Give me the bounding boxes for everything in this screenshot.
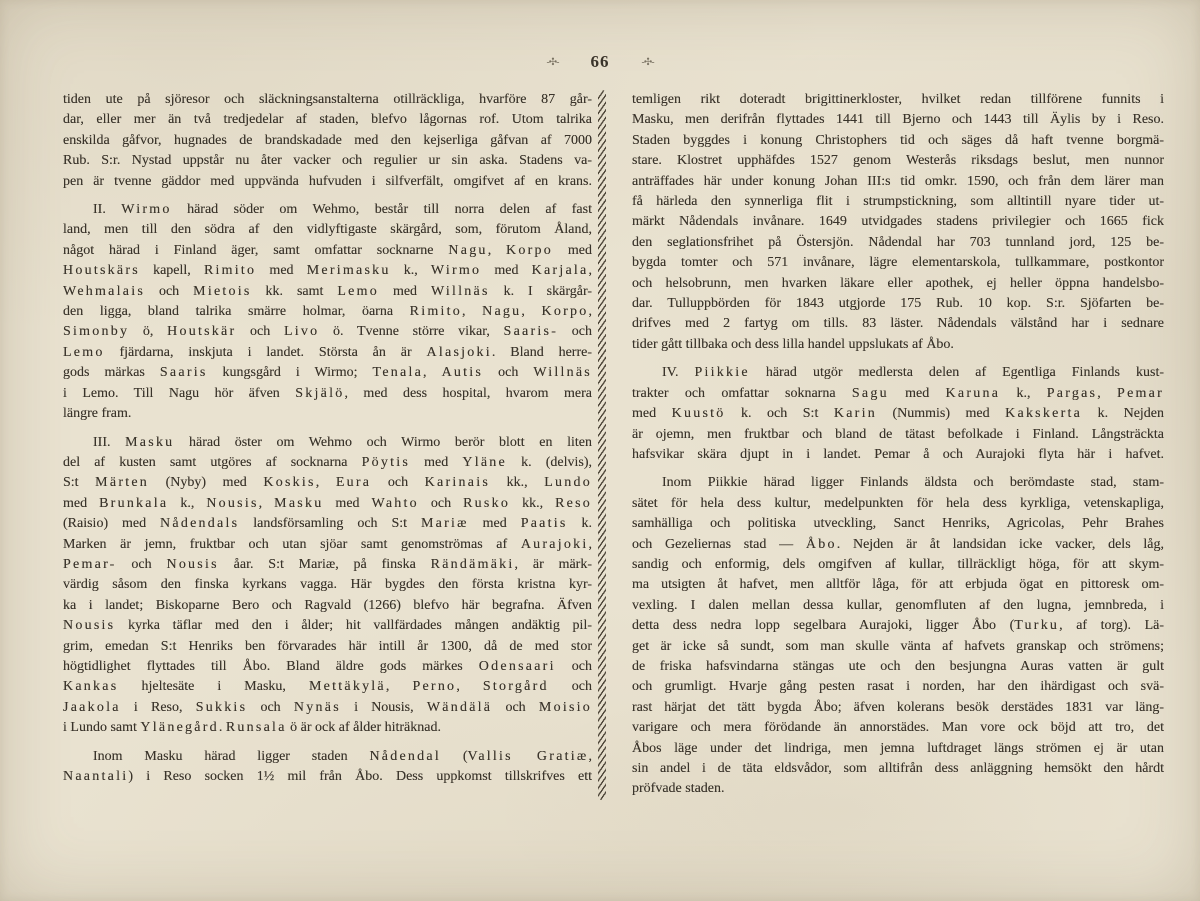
text-segment: del af kusten samt utgöres af socknarna <box>63 455 362 470</box>
text-segment: kk., <box>490 475 544 490</box>
text-segment: med <box>379 284 431 299</box>
text-segment: värdig såsom den finska kyrkans vagga. H… <box>63 577 592 592</box>
text-segment: , <box>588 749 592 764</box>
text-segment: med <box>889 386 946 401</box>
text-segment: k. I skärgår- <box>490 284 592 299</box>
place-name: Nagu <box>448 243 487 258</box>
place-name: Wahto <box>372 496 419 511</box>
text-segment: den seglationsfrihet på Östersjön. Nåden… <box>632 235 1164 250</box>
place-name: Masku <box>125 435 174 450</box>
text-segment: kungsgård i Wirmo; <box>208 365 373 380</box>
text-segment: ( <box>441 749 468 764</box>
text-segment: , <box>521 304 541 319</box>
place-name: Åbo <box>806 537 837 552</box>
place-name: Simonby <box>63 324 129 339</box>
place-name: Karuna <box>946 386 1001 401</box>
text-segment: k. (delvis), <box>507 455 592 470</box>
text-segment: kk., <box>510 496 555 511</box>
place-name: Jaakola <box>63 700 121 715</box>
book-page: -✣-66-✣- tiden ute på sjöresor och släck… <box>0 0 1200 901</box>
place-name: Karjala <box>532 263 589 278</box>
text-line: III. Masku härad öster om Wehmo och Wirm… <box>63 433 592 453</box>
text-segment: och Gezeliernas stad — <box>632 537 806 552</box>
place-name: Alasjoki <box>427 345 492 360</box>
place-name: Pöytis <box>362 455 410 470</box>
text-line: temligen rikt doteradt brigittinerkloste… <box>632 90 1164 110</box>
text-segment: Inom Piikkie härad ligger Finlands äldst… <box>662 475 1164 490</box>
text-segment: gods märkas <box>63 365 160 380</box>
text-segment: och <box>236 324 284 339</box>
text-segment: k., <box>1000 386 1047 401</box>
page-header: -✣-66-✣- <box>0 52 1200 72</box>
text-line: varigare och mera förödande än annorstäd… <box>632 718 1164 738</box>
text-segment: med <box>323 496 371 511</box>
place-name: Vallis Gratiæ <box>468 749 589 764</box>
text-segment: ö är ock af ålder hiträknad. <box>287 720 441 735</box>
text-line: gods märkas Saaris kungsgård i Wirmo; Te… <box>63 363 592 383</box>
text-segment: k., <box>168 496 206 511</box>
text-line: och helsobrunn, men hvarken läkare eller… <box>632 274 1164 294</box>
place-name: Kuustö <box>672 406 726 421</box>
place-name: Nynäs <box>294 700 341 715</box>
text-segment: enskilda gåfvor, hugnades de brandskadad… <box>63 133 592 148</box>
place-name: Merimasku <box>307 263 391 278</box>
text-segment: , <box>589 304 593 319</box>
text-segment: rast härjat det tätt bygda Åbo; äfven ko… <box>632 700 1164 715</box>
text-segment: ka i landet; Biskoparne Bero och Ragvald… <box>63 598 592 613</box>
text-line: Masku, men derifrån flyttades 1441 till … <box>632 110 1164 130</box>
text-segment: i Lundo samt <box>63 720 140 735</box>
place-name: Wändälä <box>427 700 492 715</box>
place-name: Tenala <box>373 365 424 380</box>
text-segment: tider gått tillbaka och dess lilla hande… <box>632 337 954 352</box>
place-name: Karinais <box>425 475 490 490</box>
text-line: sandig och enformig, dels omgifven af ku… <box>632 555 1164 575</box>
text-segment: sin andel i de täta eldsvådor, som allti… <box>632 761 1164 776</box>
text-segment: med <box>469 516 521 531</box>
text-segment: . Bland herre- <box>492 345 592 360</box>
text-segment: detta dess nedra lopp segelbara Aurajoki… <box>632 618 1014 633</box>
text-line: Rub. S:r. Nystad uppstår nu åter vacker … <box>63 151 592 171</box>
place-name: Masku <box>274 496 323 511</box>
place-name: Nousis <box>206 496 258 511</box>
text-line: den seglationsfrihet på Östersjön. Nåden… <box>632 233 1164 253</box>
paragraph: tiden ute på sjöresor och släckningsanst… <box>63 90 592 192</box>
place-name: Lemo <box>337 284 379 299</box>
text-segment: och <box>371 475 424 490</box>
text-line: del af kusten samt utgöres af socknarna … <box>63 453 592 473</box>
text-segment: k. <box>568 516 592 531</box>
text-segment: och grumligt. Hvarje gång pesten rasat i… <box>632 679 1164 694</box>
text-segment: längre fram. <box>63 406 131 421</box>
place-name: Kankas <box>63 679 118 694</box>
place-name: Nousis <box>63 618 115 633</box>
text-segment: är ojemn, men fruktbar och bland de täta… <box>632 427 1164 442</box>
text-line: samhälliga och politiska utveckling, San… <box>632 514 1164 534</box>
text-line: och grumligt. Hvarje gång pesten rasat i… <box>632 677 1164 697</box>
text-segment: anträffades här under konung Johan III:s… <box>632 174 1164 189</box>
place-name: Autis <box>442 365 484 380</box>
text-segment: varigare och mera förödande än annorstäd… <box>632 720 1164 735</box>
text-segment: kyrka täflar med den i ålder; hit vallfä… <box>115 618 592 633</box>
text-segment: pröfvade staden. <box>632 781 725 796</box>
place-name: Sagu <box>852 386 889 401</box>
text-segment: och <box>247 700 294 715</box>
place-name: Moisio <box>539 700 592 715</box>
text-line: och Gezeliernas stad — Åbo. Nejden är åt… <box>632 535 1164 555</box>
place-name: Rusko <box>463 496 510 511</box>
text-segment: kapell, <box>140 263 204 278</box>
place-name: Houtskärs <box>63 263 140 278</box>
text-line: med Brunkala k., Nousis, Masku med Wahto… <box>63 494 592 514</box>
text-segment: pen är tvenne gäddor med uppvända hufvud… <box>63 174 592 189</box>
text-line: II. Wirmo härad söder om Wehmo, består t… <box>63 200 592 220</box>
place-name: Korpo <box>542 304 589 319</box>
text-line: de friska hafsvindarna stängas ute och d… <box>632 657 1164 677</box>
text-line: längre fram. <box>63 404 592 424</box>
place-name: Aurajoki <box>521 537 589 552</box>
header-ornament-left-icon: -✣- <box>546 57 558 68</box>
text-line: pen är tvenne gäddor med uppvända hufvud… <box>63 172 592 192</box>
text-line: land, men till den södra af den vidlyfti… <box>63 220 592 240</box>
text-segment: hjeltesäte i Masku, <box>118 679 309 694</box>
text-segment: och <box>145 284 193 299</box>
place-name: Storgård <box>483 679 549 694</box>
text-line: tider gått tillbaka och dess lilla hande… <box>632 335 1164 355</box>
text-segment: fjärdarna, inskjuta i landet. Största ån… <box>105 345 427 360</box>
text-line: Naantali) i Reso socken 1½ mil från Åbo.… <box>63 767 592 787</box>
place-name: Lemo <box>63 345 105 360</box>
text-segment: tiden ute på sjöresor och släckningsanst… <box>63 92 592 107</box>
text-segment: med <box>256 263 306 278</box>
text-segment: och <box>492 700 539 715</box>
text-segment: (Nummis) med <box>877 406 1005 421</box>
text-segment: landsförsamling och S:t <box>239 516 421 531</box>
place-name: Nousis <box>166 557 218 572</box>
text-segment: märkt Nådendals invånare. 1649 utvidgade… <box>632 214 1164 229</box>
place-name: Wehmalais <box>63 284 145 299</box>
text-segment: drifves med 2 fartyg om tills. 83 läster… <box>632 316 1164 331</box>
text-line: Simonby ö, Houtskär och Livo ö. Tvenne s… <box>63 322 592 342</box>
paragraph: IV. Piikkie härad utgör medlersta delen … <box>632 363 1164 465</box>
place-name: Nådendals <box>160 516 239 531</box>
text-segment: stare. Klostret upphäfdes 1527 genom Wes… <box>632 153 1164 168</box>
text-line: stare. Klostret upphäfdes 1527 genom Wes… <box>632 151 1164 171</box>
text-line: i Lundo samt Ylänegård. Runsala ö är ock… <box>63 718 592 738</box>
text-line: sätet för hela dess kultur, medelpunkten… <box>632 494 1164 514</box>
text-line: dar. Tulluppbörden för 1843 utgjorde 175… <box>632 294 1164 314</box>
place-name: Yläne <box>462 455 507 470</box>
text-segment: härad öster om Wehmo och Wirmo berör blo… <box>174 435 592 450</box>
text-line: rast härjat det tätt bygda Åbo; äfven ko… <box>632 698 1164 718</box>
text-segment: Staden byggdes i konung Christophers tid… <box>632 133 1164 148</box>
place-name: Lundo <box>544 475 592 490</box>
text-segment: k. Nejden <box>1082 406 1164 421</box>
text-segment: , <box>462 304 482 319</box>
place-name: Turku <box>1014 618 1059 633</box>
place-name: Kakskerta <box>1005 406 1082 421</box>
paragraph: temligen rikt doteradt brigittinerkloste… <box>632 90 1164 355</box>
text-segment: dar, eller mer än två tredjedelar af sta… <box>63 112 592 127</box>
text-segment: , <box>259 496 274 511</box>
text-segment: grim, emedan S:t Henriks ben förvarades … <box>63 639 592 654</box>
text-line: värdig såsom den finska kyrkans vagga. H… <box>63 575 592 595</box>
text-line: (Raisio) med Nådendals landsförsamling o… <box>63 514 592 534</box>
place-name: Saaris <box>160 365 208 380</box>
place-name: Mettäkylä <box>309 679 386 694</box>
place-name: Märten <box>95 475 149 490</box>
text-segment: , <box>423 365 442 380</box>
place-name: Perno <box>412 679 456 694</box>
text-segment: och <box>549 679 592 694</box>
text-segment: Marken är jemn, fruktbar och utan sjöar … <box>63 537 521 552</box>
place-name: Runsala <box>226 720 287 735</box>
place-name: Rändämäki <box>431 557 515 572</box>
place-name: Korpo <box>506 243 553 258</box>
text-segment: och helsobrunn, men hvarken läkare eller… <box>632 276 1164 291</box>
text-line: ka i landet; Biskoparne Bero och Ragvald… <box>63 596 592 616</box>
text-segment: S:t <box>63 475 95 490</box>
text-line: bygda tomter och 571 invånare, lägre ele… <box>632 253 1164 273</box>
place-name: Piikkie <box>694 365 749 380</box>
text-line: hafsvikar skära djupt in i landet. Pemar… <box>632 445 1164 465</box>
text-line: drifves med 2 fartyg om tills. 83 läster… <box>632 314 1164 334</box>
text-segment: Masku, men derifrån flyttades 1441 till … <box>632 112 1164 127</box>
text-line: anträffades här under konung Johan III:s… <box>632 172 1164 192</box>
text-segment: den ligga, bland talrika smärre holmar, … <box>63 304 410 319</box>
text-segment: , <box>589 537 593 552</box>
paragraph: Inom Masku härad ligger staden Nådendal … <box>63 747 592 788</box>
place-name: Pemar- <box>63 557 117 572</box>
text-line: trakter och omfattar soknarna Sagu med K… <box>632 384 1164 404</box>
text-segment: ö, <box>129 324 167 339</box>
text-line: är ojemn, men fruktbar och bland de täta… <box>632 425 1164 445</box>
text-line: get är icke så sundt, som man skulle vän… <box>632 637 1164 657</box>
text-segment: k., <box>391 263 431 278</box>
text-segment: . Nejden är åt landsidan icke vacker, de… <box>837 537 1164 552</box>
place-name: Koskis <box>263 475 315 490</box>
place-name: Pargas <box>1047 386 1098 401</box>
text-segment: get är icke så sundt, som man skulle vän… <box>632 639 1164 654</box>
text-line: vexling. I dalen mellan dessa kullar, ge… <box>632 596 1164 616</box>
place-name: Ylänegård <box>140 720 218 735</box>
text-line: IV. Piikkie härad utgör medlersta delen … <box>632 363 1164 383</box>
text-line: Wehmalais och Mietois kk. samt Lemo med … <box>63 282 592 302</box>
text-segment: (Raisio) med <box>63 516 160 531</box>
text-segment: , <box>386 679 413 694</box>
text-line: få härleda den synnerliga flit i strumps… <box>632 192 1164 212</box>
text-segment: , <box>488 243 506 258</box>
text-line: dar, eller mer än två tredjedelar af sta… <box>63 110 592 130</box>
text-segment: k. och S:t <box>726 406 834 421</box>
text-line: S:t Märten (Nyby) med Koskis, Eura och K… <box>63 473 592 493</box>
text-line: ma utsigten åt hafvet, men alltför låga,… <box>632 575 1164 595</box>
text-segment: i Nousis, <box>341 700 427 715</box>
text-segment: något härad i Finland äger, samt omfatta… <box>63 243 448 258</box>
text-line: tiden ute på sjöresor och släckningsanst… <box>63 90 592 110</box>
text-segment: och <box>558 324 592 339</box>
text-segment: bygda tomter och 571 invånare, lägre ele… <box>632 255 1164 270</box>
text-segment: högtidlighet flyttades till Åbo. Bland ä… <box>63 659 479 674</box>
text-line: Åbos läge under det lindriga, men jemna … <box>632 739 1164 759</box>
place-name: Skjälö <box>295 386 344 401</box>
text-line: Pemar- och Nousis åar. S:t Mariæ, på fin… <box>63 555 592 575</box>
text-segment: , är märk- <box>515 557 592 572</box>
place-name: Brunkala <box>99 496 168 511</box>
text-line: enskilda gåfvor, hugnades de brandskadad… <box>63 131 592 151</box>
text-segment: Åbos läge under det lindriga, men jemna … <box>632 741 1164 756</box>
paragraph: Inom Piikkie härad ligger Finlands äldst… <box>632 473 1164 800</box>
text-line: grim, emedan S:t Henriks ben förvarades … <box>63 637 592 657</box>
text-line: något härad i Finland äger, samt omfatta… <box>63 241 592 261</box>
place-name: Livo <box>284 324 319 339</box>
page-body: tiden ute på sjöresor och släckningsanst… <box>63 90 1164 800</box>
text-segment: temligen rikt doteradt brigittinerkloste… <box>632 92 1164 107</box>
text-segment: (Nyby) med <box>149 475 263 490</box>
place-name: Nådendal <box>369 749 441 764</box>
text-segment: , <box>316 475 336 490</box>
text-segment: med <box>410 455 462 470</box>
place-name: Reso <box>555 496 592 511</box>
text-segment: härad söder om Wehmo, består till norra … <box>172 202 592 217</box>
place-name: Naantali <box>63 769 128 784</box>
header-ornament-right-icon: -✣- <box>642 57 654 68</box>
text-line: Inom Masku härad ligger staden Nådendal … <box>63 747 592 767</box>
text-segment: och <box>556 659 592 674</box>
text-segment: , <box>456 679 483 694</box>
place-name: Rimito <box>410 304 462 319</box>
text-segment: med <box>63 496 99 511</box>
text-segment: med <box>553 243 592 258</box>
text-segment: vexling. I dalen mellan dessa kullar, ge… <box>632 598 1164 613</box>
text-segment: sätet för hela dess kultur, medelpunkten… <box>632 496 1164 511</box>
text-segment: , med dess hospital, hvarom mera <box>344 386 592 401</box>
place-name: Wirmo <box>431 263 481 278</box>
right-column: temligen rikt doteradt brigittinerkloste… <box>632 90 1164 800</box>
text-segment: härad utgör medlersta delen af Egentliga… <box>750 365 1164 380</box>
text-line: den ligga, bland talrika smärre holmar, … <box>63 302 592 322</box>
text-segment: IV. <box>662 365 694 380</box>
text-segment: med <box>481 263 531 278</box>
text-segment: de friska hafsvindarna stängas ute och d… <box>632 659 1164 674</box>
place-name: Rimito <box>204 263 256 278</box>
text-segment: II. <box>93 202 121 217</box>
text-line: märkt Nådendals invånare. 1649 utvidgade… <box>632 212 1164 232</box>
text-segment: , <box>1097 386 1117 401</box>
place-name: Sukkis <box>196 700 248 715</box>
text-segment: Rub. S:r. Nystad uppstår nu åter vacker … <box>63 153 592 168</box>
page-number: 66 <box>591 52 610 71</box>
text-segment: och <box>419 496 463 511</box>
text-line: högtidlighet flyttades till Åbo. Bland ä… <box>63 657 592 677</box>
text-line: Jaakola i Reso, Sukkis och Nynäs i Nousi… <box>63 698 592 718</box>
place-name: Pemar <box>1117 386 1164 401</box>
text-segment: kk. samt <box>252 284 338 299</box>
place-name: Karin <box>834 406 877 421</box>
paragraph: III. Masku härad öster om Wehmo och Wirm… <box>63 433 592 739</box>
text-line: detta dess nedra lopp segelbara Aurajoki… <box>632 616 1164 636</box>
text-segment: III. <box>93 435 125 450</box>
text-line: Kankas hjeltesäte i Masku, Mettäkylä, Pe… <box>63 677 592 697</box>
place-name: Nagu <box>482 304 521 319</box>
text-segment: dar. Tulluppbörden för 1843 utgjorde 175… <box>632 296 1164 311</box>
place-name: Saaris- <box>504 324 559 339</box>
place-name: Paatis <box>521 516 568 531</box>
text-segment: land, men till den södra af den vidlyfti… <box>63 222 592 237</box>
text-segment: , af torg). Lä- <box>1059 618 1164 633</box>
text-line: Lemo fjärdarna, inskjuta i landet. Störs… <box>63 343 592 363</box>
text-segment: Inom Masku härad ligger staden <box>93 749 369 764</box>
text-segment: trakter och omfattar soknarna <box>632 386 852 401</box>
text-segment: och <box>117 557 167 572</box>
place-name: Willnäs <box>533 365 592 380</box>
text-segment: hafsvikar skära djupt in i landet. Pemar… <box>632 447 1164 462</box>
text-line: med Kuustö k. och S:t Karin (Nummis) med… <box>632 404 1164 424</box>
text-segment: och <box>483 365 533 380</box>
place-name: Wirmo <box>121 202 171 217</box>
text-segment: , <box>589 263 593 278</box>
text-line: Inom Piikkie härad ligger Finlands äldst… <box>632 473 1164 493</box>
text-line: Marken är jemn, fruktbar och utan sjöar … <box>63 535 592 555</box>
place-name: Odensaari <box>479 659 556 674</box>
text-segment: med <box>632 406 672 421</box>
text-segment: samhälliga och politiska utveckling, San… <box>632 516 1164 531</box>
text-segment: i Lemo. Till Nagu hör äfven <box>63 386 295 401</box>
text-line: sin andel i de täta eldsvådor, som allti… <box>632 759 1164 779</box>
text-segment: sandig och enformig, dels omgifven af ku… <box>632 557 1164 572</box>
column-divider-ornament <box>598 90 606 800</box>
text-segment: ma utsigten åt hafvet, men alltför låga,… <box>632 577 1164 592</box>
text-line: Staden byggdes i konung Christophers tid… <box>632 131 1164 151</box>
place-name: Willnäs <box>431 284 490 299</box>
paragraph: II. Wirmo härad söder om Wehmo, består t… <box>63 200 592 424</box>
text-line: i Lemo. Till Nagu hör äfven Skjälö, med … <box>63 384 592 404</box>
place-name: Eura <box>336 475 371 490</box>
text-segment: åar. S:t Mariæ, på finska <box>219 557 431 572</box>
place-name: Mariæ <box>421 516 469 531</box>
text-line: Nousis kyrka täflar med den i ålder; hit… <box>63 616 592 636</box>
text-segment: . <box>219 720 226 735</box>
place-name: Houtskär <box>167 324 236 339</box>
text-line: Houtskärs kapell, Rimito med Merimasku k… <box>63 261 592 281</box>
text-segment: ) i Reso socken 1½ mil från Åbo. Dess up… <box>128 769 592 784</box>
place-name: Mietois <box>193 284 251 299</box>
text-segment: i Reso, <box>121 700 196 715</box>
text-line: pröfvade staden. <box>632 779 1164 799</box>
text-segment: ö. Tvenne större vikar, <box>319 324 503 339</box>
left-column: tiden ute på sjöresor och släckningsanst… <box>63 90 592 800</box>
text-segment: få härleda den synnerliga flit i strumps… <box>632 194 1164 209</box>
